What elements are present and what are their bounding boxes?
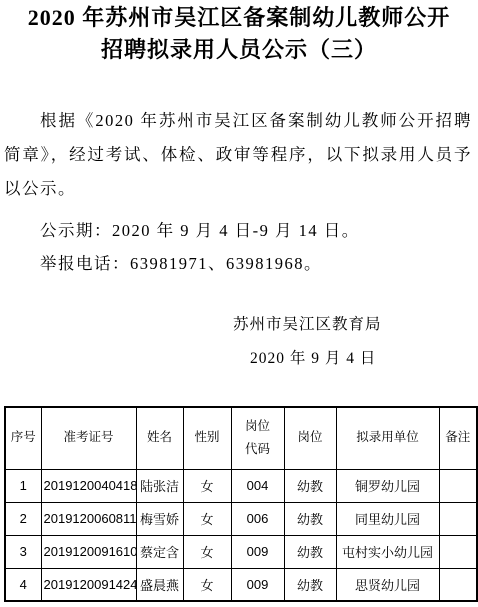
table-cell: 2019120091424: [41, 568, 136, 601]
table-row: 32019120091610蔡定含女009幼教屯村实小幼儿园: [5, 535, 477, 568]
table-cell: 幼教: [284, 568, 336, 601]
header-gender: 性别: [183, 407, 231, 469]
header-serial-number: 序号: [5, 407, 41, 469]
header-remarks: 备注: [439, 407, 477, 469]
table-cell: 女: [183, 469, 231, 502]
table-cell: 006: [231, 502, 284, 535]
table-cell: 004: [231, 469, 284, 502]
table-cell: 同里幼儿园: [336, 502, 439, 535]
document-title-line2: 招聘拟录用人员公示（三）: [0, 34, 478, 66]
table-cell: 女: [183, 568, 231, 601]
document-title-line1: 2020 年苏州市吴江区备案制幼儿教师公开: [0, 2, 478, 34]
document-title: 2020 年苏州市吴江区备案制幼儿教师公开 招聘拟录用人员公示（三）: [0, 2, 478, 66]
table-cell: [439, 568, 477, 601]
table-cell: 2019120091610: [41, 535, 136, 568]
header-post-code-text: 岗位代码: [245, 415, 270, 463]
header-post: 岗位: [284, 407, 336, 469]
table-cell: 陆张洁: [136, 469, 183, 502]
header-post-code: 岗位代码: [231, 407, 284, 469]
report-phone-line: 举报电话：63981971、63981968。: [40, 250, 322, 274]
table-cell: 2019120060811: [41, 502, 136, 535]
signature-date: 2020 年 9 月 4 日: [250, 346, 376, 368]
table-cell: 4: [5, 568, 41, 601]
table-cell: 盛晨燕: [136, 568, 183, 601]
table-cell: 幼教: [284, 469, 336, 502]
table-cell: 女: [183, 502, 231, 535]
table-cell: 009: [231, 535, 284, 568]
header-proposed-unit: 拟录用单位: [336, 407, 439, 469]
table-cell: [439, 535, 477, 568]
announcement-document: 2020 年苏州市吴江区备案制幼儿教师公开 招聘拟录用人员公示（三） 根据《20…: [0, 0, 478, 607]
table-cell: 2: [5, 502, 41, 535]
header-exam-ticket-number: 准考证号: [41, 407, 136, 469]
table-cell: 3: [5, 535, 41, 568]
table-cell: 思贤幼儿园: [336, 568, 439, 601]
table-cell: 2019120040418: [41, 469, 136, 502]
table-cell: 女: [183, 535, 231, 568]
table-cell: 幼教: [284, 535, 336, 568]
table-cell: 铜罗幼儿园: [336, 469, 439, 502]
table-header-row: 序号 准考证号 姓名 性别 岗位代码 岗位 拟录用单位 备注: [5, 407, 477, 469]
table-cell: 1: [5, 469, 41, 502]
table-cell: 蔡定含: [136, 535, 183, 568]
table-cell: 屯村实小幼儿园: [336, 535, 439, 568]
recruitment-roster-table: 序号 准考证号 姓名 性别 岗位代码 岗位 拟录用单位 备注 120191200…: [4, 406, 478, 602]
signature-organization: 苏州市吴江区教育局: [233, 312, 382, 334]
intro-paragraph: 根据《2020 年苏州市吴江区备案制幼儿教师公开招聘简章》，经过考试、体检、政审…: [4, 104, 472, 206]
table-cell: 009: [231, 568, 284, 601]
table-cell: 梅雪娇: [136, 502, 183, 535]
table-row: 22019120060811梅雪娇女006幼教同里幼儿园: [5, 502, 477, 535]
notice-period-line: 公示期：2020 年 9 月 4 日-9 月 14 日。: [40, 217, 360, 241]
table-row: 12019120040418陆张洁女004幼教铜罗幼儿园: [5, 469, 477, 502]
header-name: 姓名: [136, 407, 183, 469]
table-cell: [439, 502, 477, 535]
table-cell: 幼教: [284, 502, 336, 535]
table-row: 42019120091424盛晨燕女009幼教思贤幼儿园: [5, 568, 477, 601]
table-cell: [439, 469, 477, 502]
